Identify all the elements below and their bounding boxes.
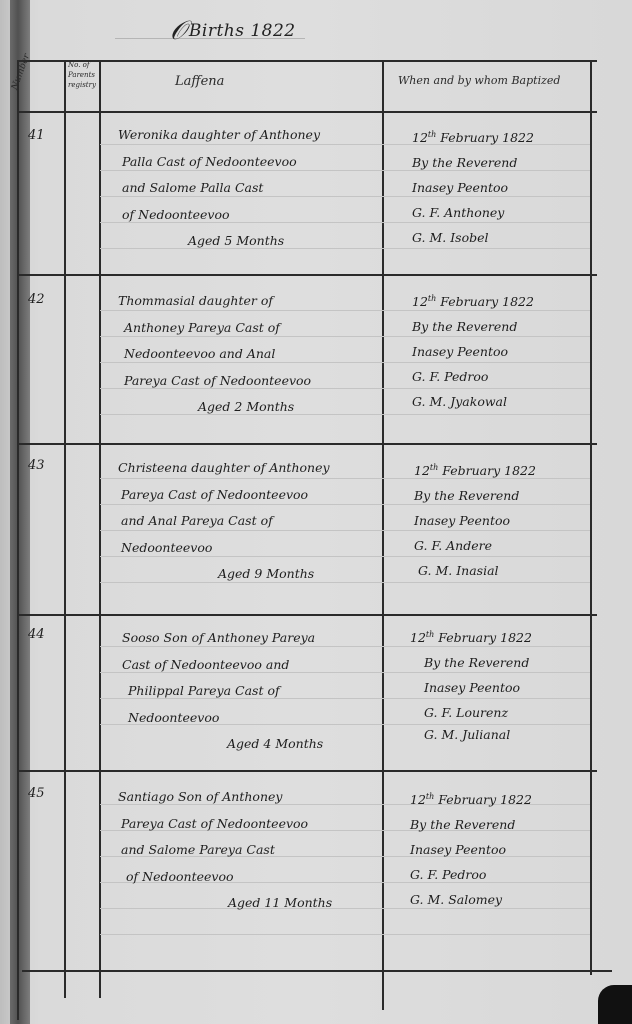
godmother: G. M. Jyakowal: [412, 389, 534, 414]
entry-line: Nedoonteevoo: [118, 535, 330, 562]
entry-line: Pareya Cast of Nedoonteevoo: [118, 368, 311, 395]
header-bottom-border: [17, 111, 597, 113]
baptism-date: 12th February 1822: [410, 784, 532, 812]
entry-line: Santiago Son of Anthoney: [118, 784, 332, 811]
godfather: G. F. Anthoney: [412, 200, 534, 225]
godmother: G. M. Inasial: [414, 558, 536, 583]
entry-line: Anthoney Pareya Cast of: [118, 315, 311, 342]
header-parents-registry: No. of Parents registry: [68, 60, 102, 90]
baptism-date: 12th February 1822: [410, 622, 532, 650]
baptism-by: By the Reverend: [410, 812, 532, 837]
baptism-by: By the Reverend: [414, 483, 536, 508]
entry-line: and Anal Pareya Cast of: [118, 508, 330, 535]
baptism-date: 12th February 1822: [412, 122, 534, 150]
entry-line: and Salome Pareya Cast: [118, 837, 332, 864]
entry-line: Palla Cast of Nedoonteevoo: [118, 149, 320, 176]
baptism-record: 12th February 1822 By the Reverend Inase…: [410, 784, 532, 912]
row-divider-41: [17, 274, 597, 276]
parents-column-border: [99, 60, 101, 998]
entry-record: Christeena daughter of Anthoney Pareya C…: [118, 455, 330, 588]
entry-record: Sooso Son of Anthoney Pareya Cast of Ned…: [122, 625, 323, 758]
entry-age: Aged 2 Months: [118, 394, 311, 421]
entry-line: Thommasial daughter of: [118, 288, 311, 315]
godmother: G. M. Salomey: [410, 887, 532, 912]
entry-number: 41: [28, 128, 45, 143]
entry-line: and Salome Palla Cast: [118, 175, 320, 202]
header-name: Laffena: [175, 74, 224, 89]
baptism-by: By the Reverend: [410, 650, 532, 675]
godfather: G. F. Pedroo: [412, 364, 534, 389]
godmother: G. M. Isobel: [412, 225, 534, 250]
entry-line: Cast of Nedoonteevoo and: [122, 652, 323, 679]
ink-blot: [598, 985, 632, 1024]
row-divider-44: [17, 770, 597, 772]
godfather: G. F. Lourenz: [410, 700, 532, 725]
baptism-date: 12th February 1822: [412, 286, 534, 314]
baptism-record: 12th February 1822 By the Reverend Inase…: [412, 286, 534, 414]
entry-line: Pareya Cast of Nedoonteevoo: [118, 482, 330, 509]
baptism-priest: Inasey Peentoo: [412, 175, 534, 200]
entry-record: Santiago Son of Anthoney Pareya Cast of …: [118, 784, 332, 917]
ruled-line: [100, 934, 590, 935]
name-column-border: [382, 60, 384, 1010]
entry-line: Pareya Cast of Nedoonteevoo: [118, 811, 332, 838]
entry-age: Aged 5 Months: [118, 228, 320, 255]
baptism-priest: Inasey Peentoo: [412, 339, 534, 364]
row-divider-43: [17, 614, 597, 616]
row-divider-45: [22, 970, 612, 972]
row-divider-42: [17, 443, 597, 445]
baptism-record: 12th February 1822 By the Reverend Inase…: [410, 622, 532, 745]
baptism-priest: Inasey Peentoo: [414, 508, 536, 533]
entry-number: 43: [28, 458, 45, 473]
entry-number: 42: [28, 292, 45, 307]
entry-line: Philippal Pareya Cast of: [122, 678, 323, 705]
page-title-text: Births 1822: [189, 21, 296, 41]
register-page: 𝒪Births 1822 Number No. of Parents regis…: [0, 0, 632, 1024]
baptism-priest: Inasey Peentoo: [410, 837, 532, 862]
book-binding: [10, 0, 30, 1024]
flourish-ornament: 𝒪: [170, 16, 187, 46]
entry-line: Nedoonteevoo: [122, 705, 323, 732]
table-top-border: [17, 60, 597, 62]
entry-age: Aged 9 Months: [118, 561, 330, 588]
page-title: 𝒪Births 1822: [170, 16, 330, 50]
entry-line: of Nedoonteevoo: [118, 202, 320, 229]
table-left-border: [17, 60, 19, 1020]
godfather: G. F. Pedroo: [410, 862, 532, 887]
number-column-border: [64, 60, 66, 998]
godfather: G. F. Andere: [414, 533, 536, 558]
baptism-date: 12th February 1822: [414, 455, 536, 483]
entry-record: Thommasial daughter of Anthoney Pareya C…: [118, 288, 311, 421]
table-right-border: [590, 60, 592, 975]
entry-line: Weronika daughter of Anthoney: [118, 122, 320, 149]
entry-age: Aged 11 Months: [118, 890, 332, 917]
entry-number: 45: [28, 786, 45, 801]
baptism-record: 12th February 1822 By the Reverend Inase…: [414, 455, 536, 583]
godmother: G. M. Julianal: [410, 725, 532, 745]
entry-line: Sooso Son of Anthoney Pareya: [122, 625, 323, 652]
baptism-priest: Inasey Peentoo: [410, 675, 532, 700]
entry-line: of Nedoonteevoo: [118, 864, 332, 891]
entry-line: Nedoonteevoo and Anal: [118, 341, 311, 368]
baptism-record: 12th February 1822 By the Reverend Inase…: [412, 122, 534, 250]
entry-age: Aged 4 Months: [122, 731, 323, 758]
entry-number: 44: [28, 627, 45, 642]
entry-record: Weronika daughter of Anthoney Palla Cast…: [118, 122, 320, 255]
baptism-by: By the Reverend: [412, 150, 534, 175]
baptism-by: By the Reverend: [412, 314, 534, 339]
entry-line: Christeena daughter of Anthoney: [118, 455, 330, 482]
header-when-by-whom: When and by whom Baptized: [398, 74, 560, 87]
